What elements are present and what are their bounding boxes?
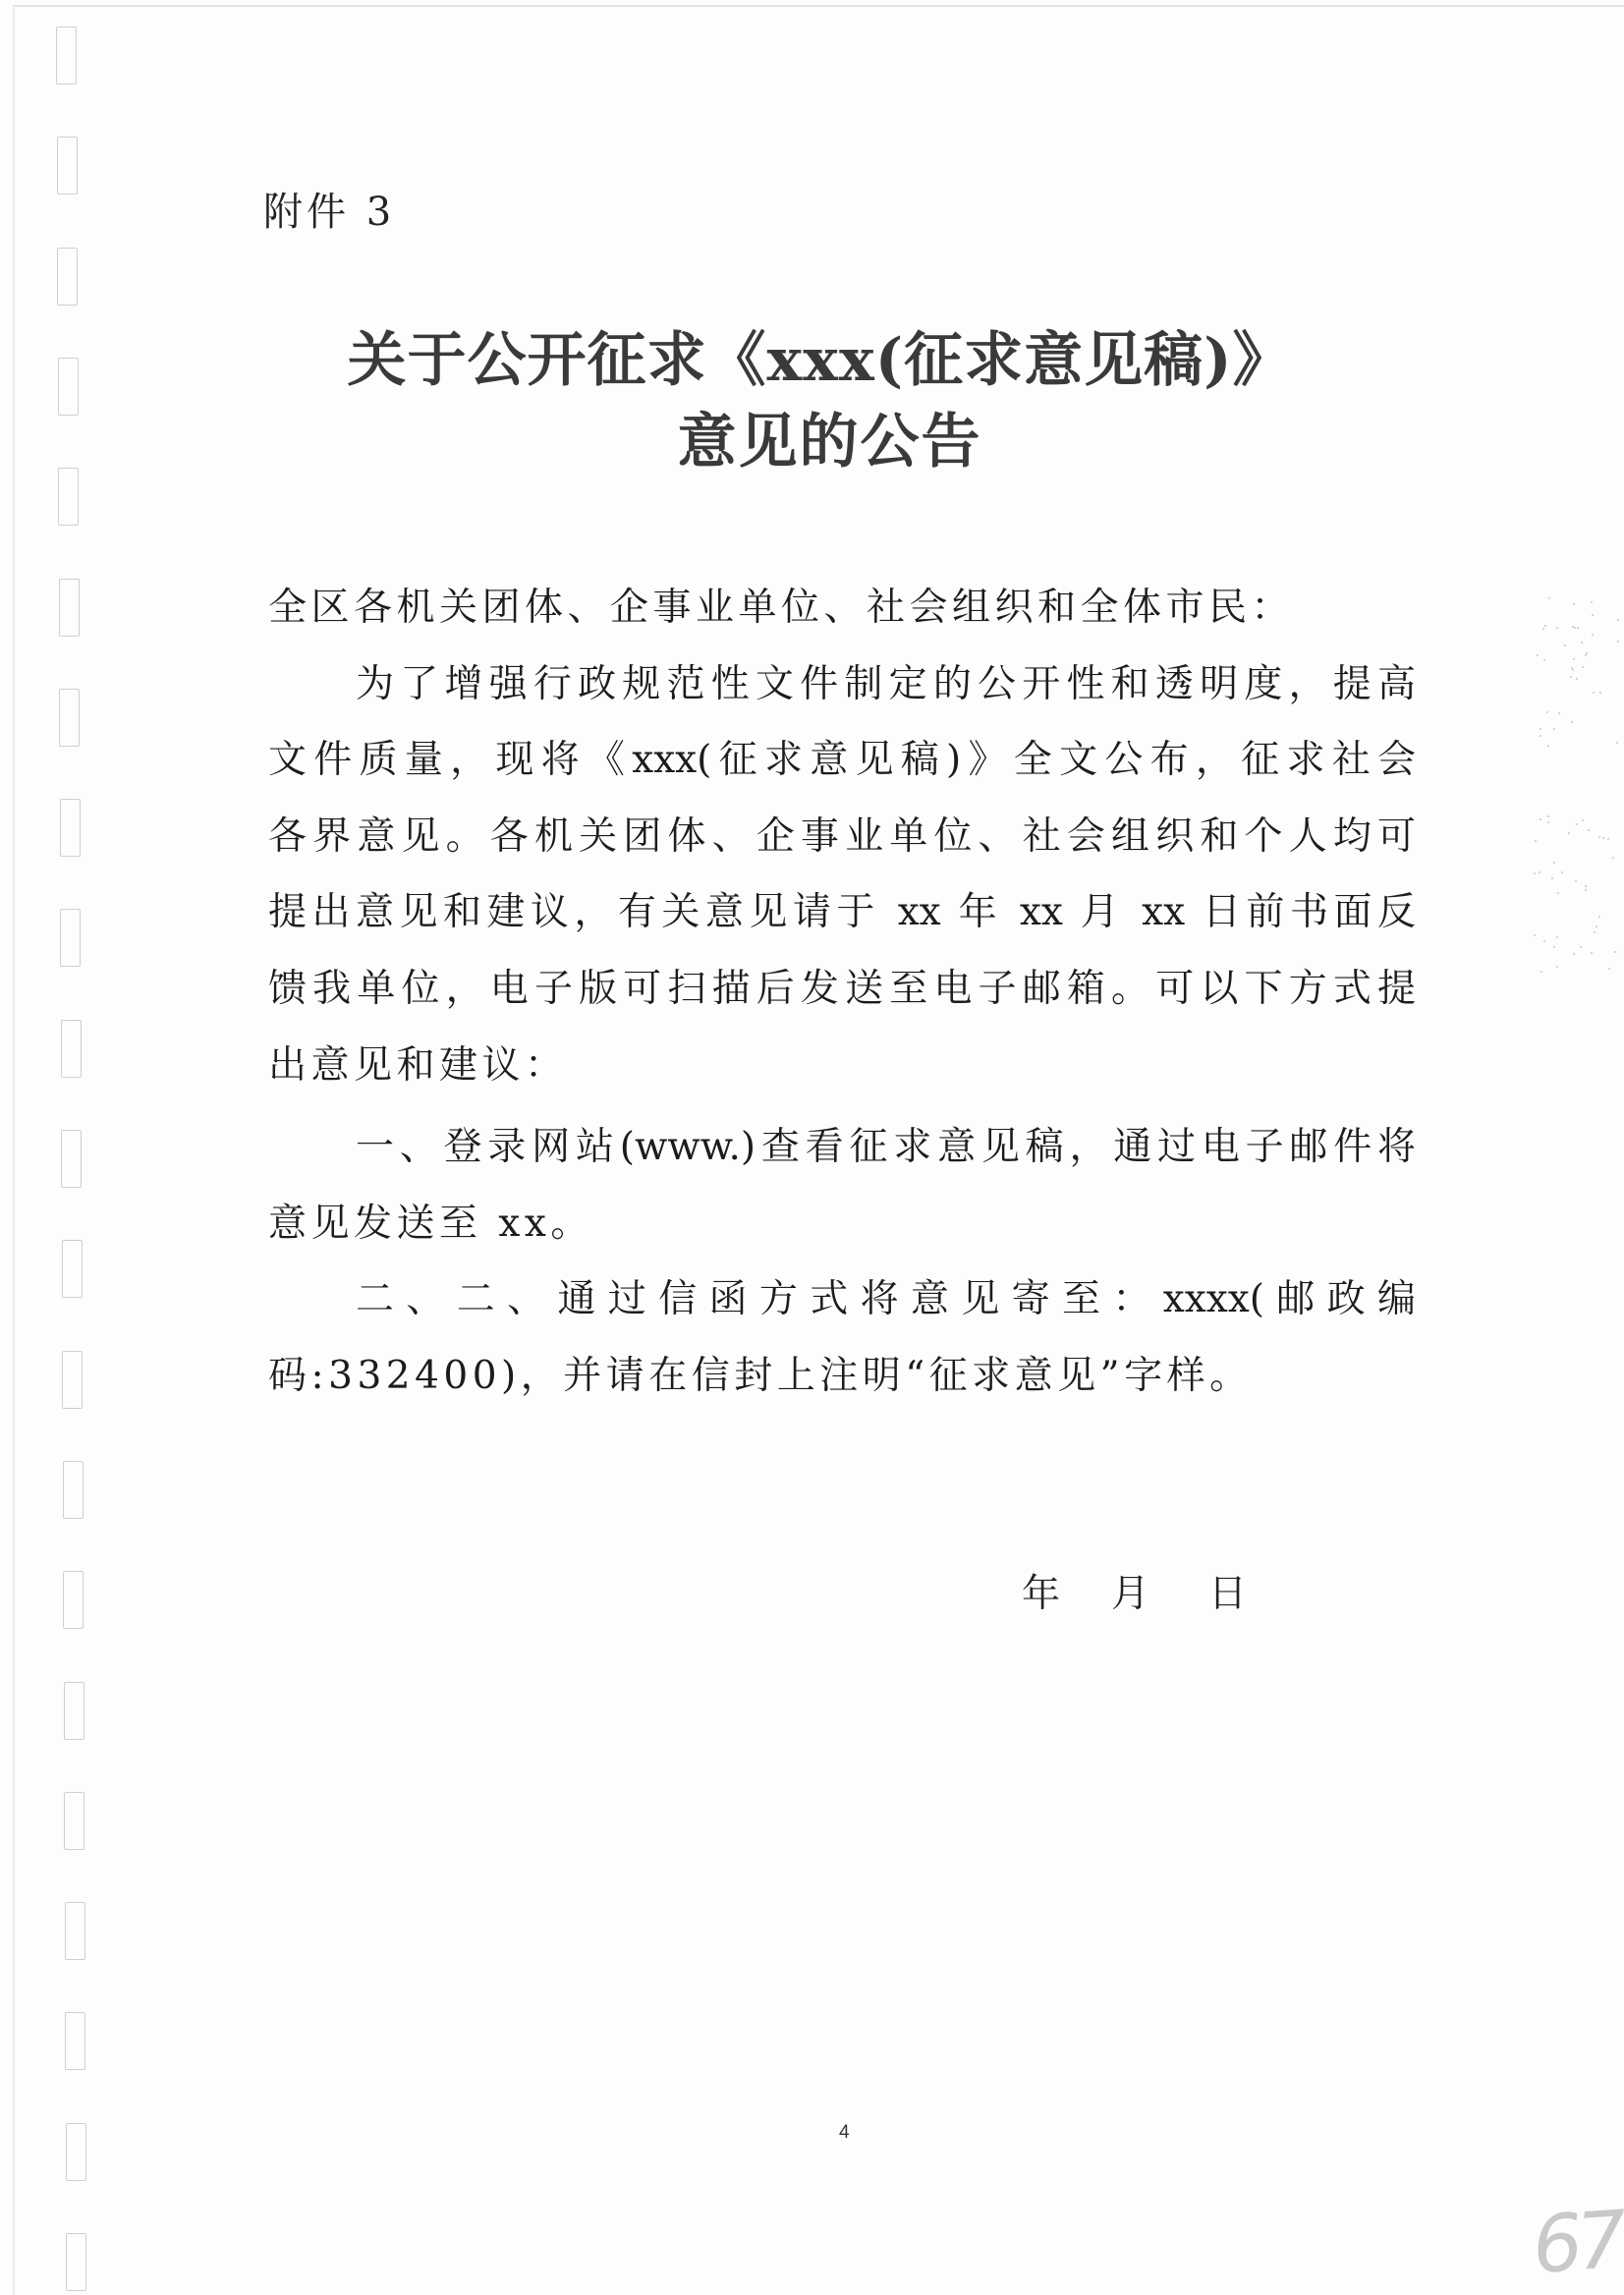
scan-speck [1576,678,1578,680]
scan-speck [1586,652,1588,654]
method-1-line: 意见发送至 xx。 [268,1186,1416,1262]
salutation: 全区各机关团体、企事业单位、社会组织和全体市民： [268,570,1416,646]
binding-hole [64,1792,84,1850]
scan-speck [1573,603,1575,605]
scan-speck [1553,862,1555,864]
scan-speck [1581,642,1583,644]
scan-speck [1558,712,1560,714]
signature-date: 年月日 [1022,1570,1247,1619]
scan-speck [1542,628,1544,630]
scan-speck [1547,815,1549,817]
scan-speck [1588,829,1590,831]
scan-speck [1573,953,1575,955]
scan-speck [1614,951,1616,953]
scan-speck [1535,840,1537,842]
scan-speck [1594,931,1596,933]
scan-edge-top [14,5,1624,7]
binding-hole [66,2233,86,2291]
scan-speck [1557,892,1559,894]
scan-speck [1543,940,1545,942]
binding-hole [60,909,81,967]
scan-speck [1553,946,1555,948]
scan-speck [1534,934,1536,936]
scan-speck [1585,654,1587,656]
scan-speck [1551,877,1553,879]
scan-speck [1599,692,1601,694]
scan-speck [1534,872,1536,874]
binding-hole [65,2012,85,2070]
binding-hole [61,1020,82,1078]
scan-speck [1582,819,1584,821]
method-2-line: 码:332400)，并请在信封上注明“征求意见”字样。 [268,1338,1416,1415]
binding-hole [56,27,77,84]
binding-hole [62,1351,83,1409]
scan-speck [1547,821,1549,823]
scan-speck [1591,601,1593,603]
scan-speck [1556,936,1558,938]
scan-speck [1577,627,1579,629]
binding-hole [57,137,78,195]
scan-speck [1580,946,1582,948]
binding-hole [63,1571,84,1629]
scan-speck [1571,721,1573,723]
scan-speck [1598,836,1600,838]
binding-hole [63,1461,84,1519]
scan-speck [1540,818,1541,820]
body-line: 提出意见和建议，有关意见请于 xx 年 xx 月 xx 日前书面反 [268,874,1416,951]
scan-speck [1576,823,1578,825]
scan-speck [1608,968,1610,970]
scan-speck [1548,597,1550,599]
method-1-line: 一、登录网站(www.)查看征求意见稿，通过电子邮件将 [268,1109,1416,1186]
scan-speck [1585,889,1587,891]
scan-speck [1553,728,1555,730]
scan-speck [1593,692,1595,694]
document-title-line-2: 意见的公告 [0,411,1624,474]
body-line: 馈我单位，电子版可扫描后发送至电子邮箱。可以下方式提 [268,951,1416,1028]
scan-speck [1592,634,1594,636]
binding-hole [58,468,79,526]
binding-hole [62,1240,83,1298]
binding-hole [64,1682,84,1740]
scan-speck [1568,832,1570,834]
scan-speck [1612,857,1614,859]
scan-speck [1540,728,1541,730]
scan-speck [1564,644,1566,646]
scan-speck [1572,669,1574,671]
scan-speck [1607,838,1609,840]
scan-speck [1537,654,1539,656]
scan-speck [1539,871,1540,873]
scan-speck [1617,619,1619,621]
scan-speck [1575,880,1577,882]
date-month: 月 [1111,1570,1149,1619]
page-number: 4 [839,2122,850,2144]
scan-speck [1556,627,1558,629]
scan-speck [1616,742,1618,744]
scan-speck [1561,871,1563,873]
scan-speck [1570,676,1572,678]
body-line: 出意见和建议： [268,1028,1416,1104]
document-body: 全区各机关团体、企事业单位、社会组织和全体市民： 为了增强行政规范性文件制定的公… [268,570,1416,1415]
scan-speck [1573,658,1575,660]
binding-hole [59,579,80,637]
scan-speck [1598,916,1600,918]
scan-speck [1540,971,1542,973]
scan-speck [1591,952,1593,954]
scan-speck [1556,966,1558,968]
scan-speck [1543,659,1545,661]
attachment-label: 附件 3 [263,191,395,234]
scan-speck [1582,666,1584,668]
binding-hole [66,2123,86,2181]
scan-speck [1592,614,1594,616]
binding-hole [57,248,78,306]
scan-speck [1546,711,1548,713]
method-2-line: 二、二、通过信函方式将意见寄至：xxxx(邮政编 [268,1261,1416,1338]
body-line: 文件质量，现将《xxx(征求意见稿)》全文公布，征求社会 [268,722,1416,799]
handwritten-page-mark: 67 [1530,2194,1624,2291]
date-year: 年 [1022,1570,1060,1619]
document-title-line-1: 关于公开征求《xxx(征求意见稿)》 [0,329,1624,392]
binding-hole [65,1902,85,1960]
binding-hole [59,689,80,747]
scan-speck [1596,925,1597,927]
scan-speck [1585,885,1587,887]
binding-hole [60,799,81,857]
date-day: 日 [1208,1570,1247,1619]
binding-hole [61,1130,82,1188]
scan-speck [1602,837,1604,839]
scan-speck [1544,625,1546,627]
scan-speck [1547,745,1549,747]
scan-speck [1540,735,1541,737]
body-line: 各界意见。各机关团体、企事业单位、社会组织和个人均可 [268,799,1416,875]
scan-speck [1617,641,1619,643]
body-line: 为了增强行政规范性文件制定的公开性和透明度，提高 [268,646,1416,723]
